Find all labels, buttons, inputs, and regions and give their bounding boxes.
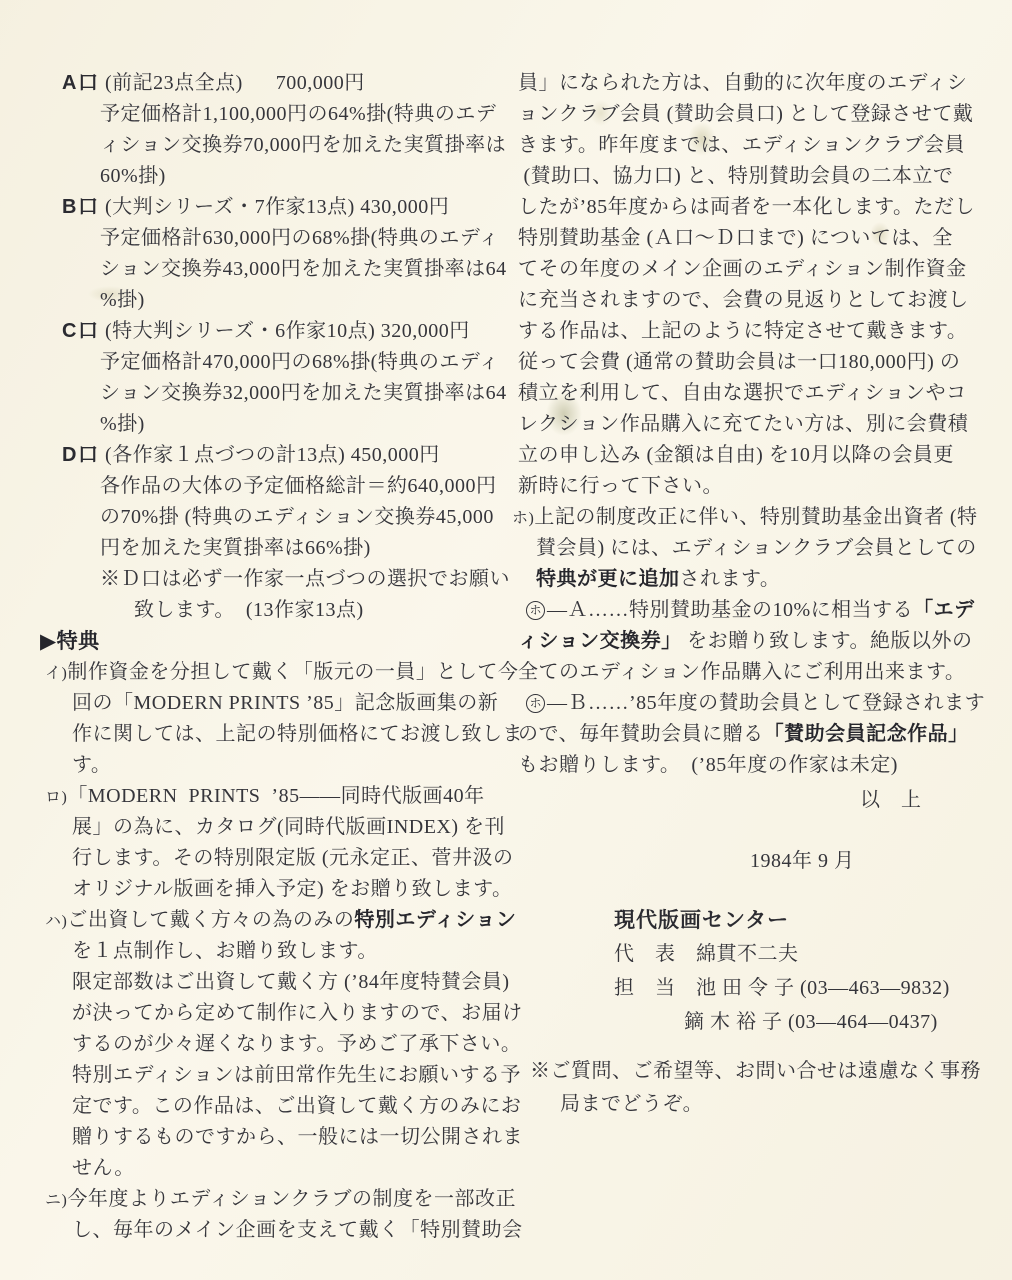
text-line: 新時に行って下さい。 [512, 471, 986, 502]
text-line: に充当されますので、会費の見返りとしてお渡し [512, 285, 986, 316]
text-line: するのが少々遅くなります。予めご了承下さい。 [40, 1029, 506, 1060]
text-line: ョンクラブ会員 (賛助会員口) として登録させて戴 [512, 99, 986, 130]
right-column: 員」になられた方は、自動的に次年度のエディションクラブ会員 (賛助会員口) とし… [512, 68, 986, 1120]
text-line: ション交換券43,000円を加えた実質掛率は64 [40, 254, 506, 285]
representative-line: 代 表 綿貫不二夫 [512, 939, 986, 970]
text-line: 回の「MODERN PRINTS ’85」記念版画集の新 [40, 688, 506, 719]
text-line: ▶特典 [40, 626, 506, 657]
text-line: 贈りするものですから、一般には一切公開されま [40, 1122, 506, 1153]
text-line: が決ってから定めて制作に入りますので、お届け [40, 998, 506, 1029]
text-line: ので、毎年賛助会員に贈る「賛助会員記念作品」 [512, 719, 986, 750]
text-line: 定です。この作品は、ご出資して戴く方のみにお [40, 1091, 506, 1122]
text-line: 員」になられた方は、自動的に次年度のエディシ [512, 68, 986, 99]
text-line: す。 [40, 750, 506, 781]
text-line: 立の申し込み (金額は自由) を10月以降の会員更 [512, 440, 986, 471]
text-line: したが’85年度からは両者を一本化します。ただし [512, 192, 986, 223]
text-line: ハ)ご出資して戴く方々の為のみの特別エディション [40, 905, 506, 936]
text-line: イ)制作資金を分担して戴く「版元の一員」として今 [40, 657, 506, 688]
text-line: 致します。 (13作家13点) [40, 595, 506, 626]
text-line: もお贈りします。 (’85年度の作家は未定) [512, 750, 986, 781]
text-line: レクション作品購入に充てたい方は、別に会費積 [512, 409, 986, 440]
text-line: 特典が更に追加されます。 [512, 564, 986, 595]
text-line: せん。 [40, 1153, 506, 1184]
text-line: の70%掛 (特典のエディション交換券45,000 [40, 502, 506, 533]
text-line: 作に関しては、上記の特別価格にてお渡し致しま [40, 719, 506, 750]
text-line: し、毎年のメイン企画を支えて戴く「特別賛助会 [40, 1215, 506, 1246]
organization-name: 現代版画センター [512, 905, 986, 936]
text-line: 全てのエディション作品購入にご利用出来ます。 [512, 657, 986, 688]
text-line: 予定価格計630,000円の68%掛(特典のエディ [40, 223, 506, 254]
text-line: ション交換券32,000円を加えた実質掛率は64 [40, 378, 506, 409]
document-page: A口 (前記23点全点) 700,000円予定価格計1,100,000円の64%… [0, 0, 1012, 1280]
text-line: ニ)今年度よりエディションクラブの制度を一部改正 [40, 1184, 506, 1215]
text-line: 積立を利用して、自由な選択でエディションやコ [512, 378, 986, 409]
text-line: ホ—Ａ……特別賛助基金の10%に相当する「エデ [512, 595, 986, 626]
text-line: オリジナル版画を挿入予定) をお贈り致します。 [40, 874, 506, 905]
text-line: %掛) [40, 409, 506, 440]
text-line: 予定価格計1,100,000円の64%掛(特典のエデ [40, 99, 506, 130]
text-line: 従って会費 (通常の賛助会員は一口180,000円) の [512, 347, 986, 378]
note-line-1: ※ご質問、ご希望等、お問い合せは遠慮なく事務 [512, 1056, 986, 1087]
text-line: 60%掛) [40, 161, 506, 192]
left-column: A口 (前記23点全点) 700,000円予定価格計1,100,000円の64%… [40, 68, 506, 1246]
right-column-body: 員」になられた方は、自動的に次年度のエディションクラブ会員 (賛助会員口) とし… [512, 68, 986, 781]
text-line: D口 (各作家１点づつの計13点) 450,000円 [40, 440, 506, 471]
text-line: ィション交換券」 をお贈り致します。絶版以外の [512, 626, 986, 657]
text-line: 円を加えた実質掛率は66%掛) [40, 533, 506, 564]
note-line-2: 局までどうぞ。 [512, 1089, 986, 1120]
closing-mark: 以 上 [512, 785, 986, 816]
text-line: ィション交換券70,000円を加えた実質掛率は [40, 130, 506, 161]
text-line: 展」の為に、カタログ(同時代版画INDEX) を刊 [40, 812, 506, 843]
text-line: ホ)上記の制度改正に伴い、特別賛助基金出資者 (特 [512, 502, 986, 533]
text-line: きます。昨年度までは、エディションクラブ会員 [512, 130, 986, 161]
text-line: A口 (前記23点全点) 700,000円 [40, 68, 506, 99]
text-line: 行します。その特別限定版 (元永定正、菅井汲の [40, 843, 506, 874]
text-line: %掛) [40, 285, 506, 316]
text-line: B口 (大判シリーズ・7作家13点) 430,000円 [40, 192, 506, 223]
text-line: を１点制作し、お贈り致します。 [40, 936, 506, 967]
text-line: 特別賛助基金 (Ａ口～Ｄ口まで) については、全 [512, 223, 986, 254]
text-line: C口 (特大判シリーズ・6作家10点) 320,000円 [40, 316, 506, 347]
date-line: 1984年 9 月 [512, 846, 986, 877]
contact-line-1: 担 当 池 田 令 子 (03—463—9832) [512, 973, 986, 1004]
text-line: 賛会員) には、エディションクラブ会員としての [512, 533, 986, 564]
text-line: ロ)「MODERN PRINTS ’85——同時代版画40年 [40, 781, 506, 812]
text-line: 特別エディションは前田常作先生にお願いする予 [40, 1060, 506, 1091]
contact-line-2: 鏑 木 裕 子 (03—464—0437) [512, 1007, 986, 1038]
text-line: (賛助口、協力口) と、特別賛助会員の二本立で [512, 161, 986, 192]
text-line: てその年度のメイン企画のエディション制作資金 [512, 254, 986, 285]
text-line: 予定価格計470,000円の68%掛(特典のエディ [40, 347, 506, 378]
text-line: 限定部数はご出資して戴く方 (’84年度特賛会員) [40, 967, 506, 998]
text-line: 各作品の大体の予定価格総計＝約640,000円 [40, 471, 506, 502]
text-line: ホ—Ｂ……’85年度の賛助会員として登録されます [512, 688, 986, 719]
text-line: する作品は、上記のように特定させて戴きます。 [512, 316, 986, 347]
text-line: ※Ｄ口は必ず一作家一点づつの選択でお願い [40, 564, 506, 595]
